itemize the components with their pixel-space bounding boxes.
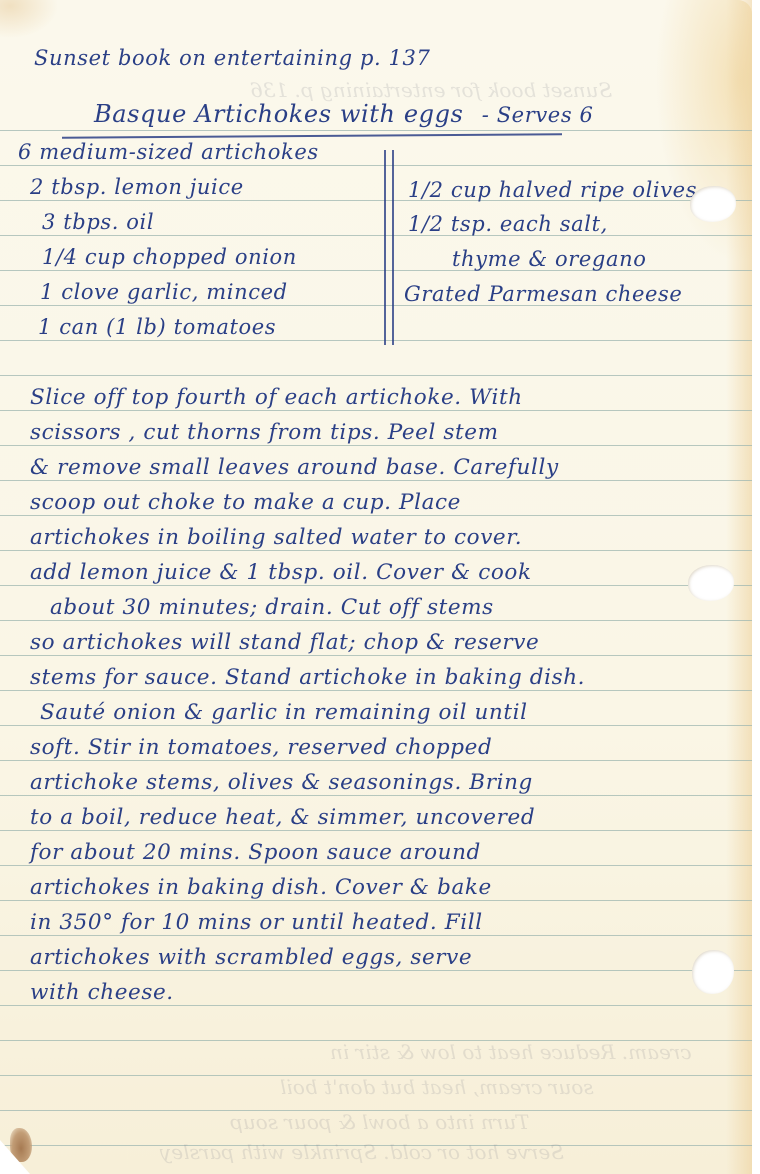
instruction-line: about 30 minutes; drain. Cut off stems	[50, 595, 494, 620]
ingredient-item: 1/2 cup halved ripe olives	[408, 178, 697, 202]
bleed-through-text: cream. Reduce heat to low & stir in	[330, 1040, 692, 1064]
ruled-line	[0, 760, 752, 761]
bleed-through-text: Serve hot or cold. Sprinkle with parsley	[160, 1140, 564, 1164]
ingredient-item: thyme & oregano	[452, 247, 646, 271]
ingredient-column-divider	[392, 150, 394, 345]
ingredient-item: 1 clove garlic, minced	[40, 280, 288, 304]
ruled-line	[0, 585, 752, 586]
ruled-line	[0, 690, 752, 691]
instruction-line: artichokes in boiling salted water to co…	[30, 525, 522, 550]
ruled-line	[0, 620, 752, 621]
instruction-line: Sauté onion & garlic in remaining oil un…	[40, 700, 528, 725]
punch-hole	[688, 565, 734, 601]
ruled-line	[0, 655, 752, 656]
instruction-line: scissors , cut thorns from tips. Peel st…	[30, 420, 499, 445]
bleed-through-text: Sunset book for entertaining p. 136	[250, 78, 612, 102]
instruction-line: stems for sauce. Stand artichoke in baki…	[30, 665, 585, 690]
ingredient-item: 1/4 cup chopped onion	[42, 245, 297, 269]
ruled-line	[0, 375, 752, 376]
instruction-line: soft. Stir in tomatoes, reserved chopped	[30, 735, 492, 760]
ingredient-item: 1/2 tsp. each salt,	[408, 212, 608, 236]
instruction-line: so artichokes will stand flat; chop & re…	[30, 630, 539, 655]
ruled-line	[0, 1005, 752, 1006]
ruled-line	[0, 900, 752, 901]
ruled-line	[0, 865, 752, 866]
ruled-line	[0, 410, 752, 411]
ruled-line	[0, 970, 752, 971]
ingredient-item: 2 tbsp. lemon juice	[30, 175, 244, 199]
recipe-card: Sunset book for entertaining p. 136 crea…	[0, 0, 752, 1174]
ruled-line	[0, 550, 752, 551]
instruction-line: in 350° for 10 mins or until heated. Fil…	[30, 910, 483, 935]
recipe-source: Sunset book on entertaining p. 137	[34, 46, 430, 70]
ruled-line	[0, 515, 752, 516]
ingredient-item: 3 tbps. oil	[42, 210, 154, 234]
ruled-line	[0, 725, 752, 726]
ruled-line	[0, 480, 752, 481]
ingredient-column-divider	[384, 150, 386, 345]
instruction-line: artichokes in baking dish. Cover & bake	[30, 875, 492, 900]
ingredient-item: 1 can (1 lb) tomatoes	[38, 315, 276, 339]
ruled-line	[0, 165, 752, 166]
ruled-line	[0, 235, 752, 236]
ruled-line	[0, 445, 752, 446]
instruction-line: with cheese.	[30, 980, 174, 1005]
instruction-line: artichokes with scrambled eggs, serve	[30, 945, 472, 970]
serves-count: - Serves 6	[482, 103, 594, 127]
ruled-line	[0, 935, 752, 936]
title-underline	[62, 133, 562, 138]
ruled-line	[0, 340, 752, 341]
ruled-line	[0, 130, 752, 131]
instruction-line: scoop out choke to make a cup. Place	[30, 490, 461, 515]
instruction-line: & remove small leaves around base. Caref…	[30, 455, 559, 480]
instruction-line: add lemon juice & 1 tbsp. oil. Cover & c…	[30, 560, 532, 585]
bleed-through-text: sour cream, heat but don't boil	[280, 1075, 594, 1099]
ingredient-item: 6 medium-sized artichokes	[18, 140, 319, 164]
punch-hole	[692, 950, 734, 994]
stain-mark	[10, 1128, 32, 1162]
recipe-title: Basque Artichokes with eggs - Serves 6	[94, 100, 593, 128]
bleed-through-text: Turn into a bowl & pour soup	[230, 1110, 530, 1134]
punch-hole	[690, 186, 736, 222]
instruction-line: to a boil, reduce heat, & simmer, uncove…	[30, 805, 535, 830]
instruction-line: for about 20 mins. Spoon sauce around	[30, 840, 481, 865]
ruled-line	[0, 830, 752, 831]
instruction-line: Slice off top fourth of each artichoke. …	[30, 385, 523, 410]
ruled-line	[0, 795, 752, 796]
ingredient-item: Grated Parmesan cheese	[404, 282, 682, 306]
instruction-line: artichoke stems, olives & seasonings. Br…	[30, 770, 533, 795]
recipe-title-text: Basque Artichokes with eggs	[94, 100, 463, 128]
